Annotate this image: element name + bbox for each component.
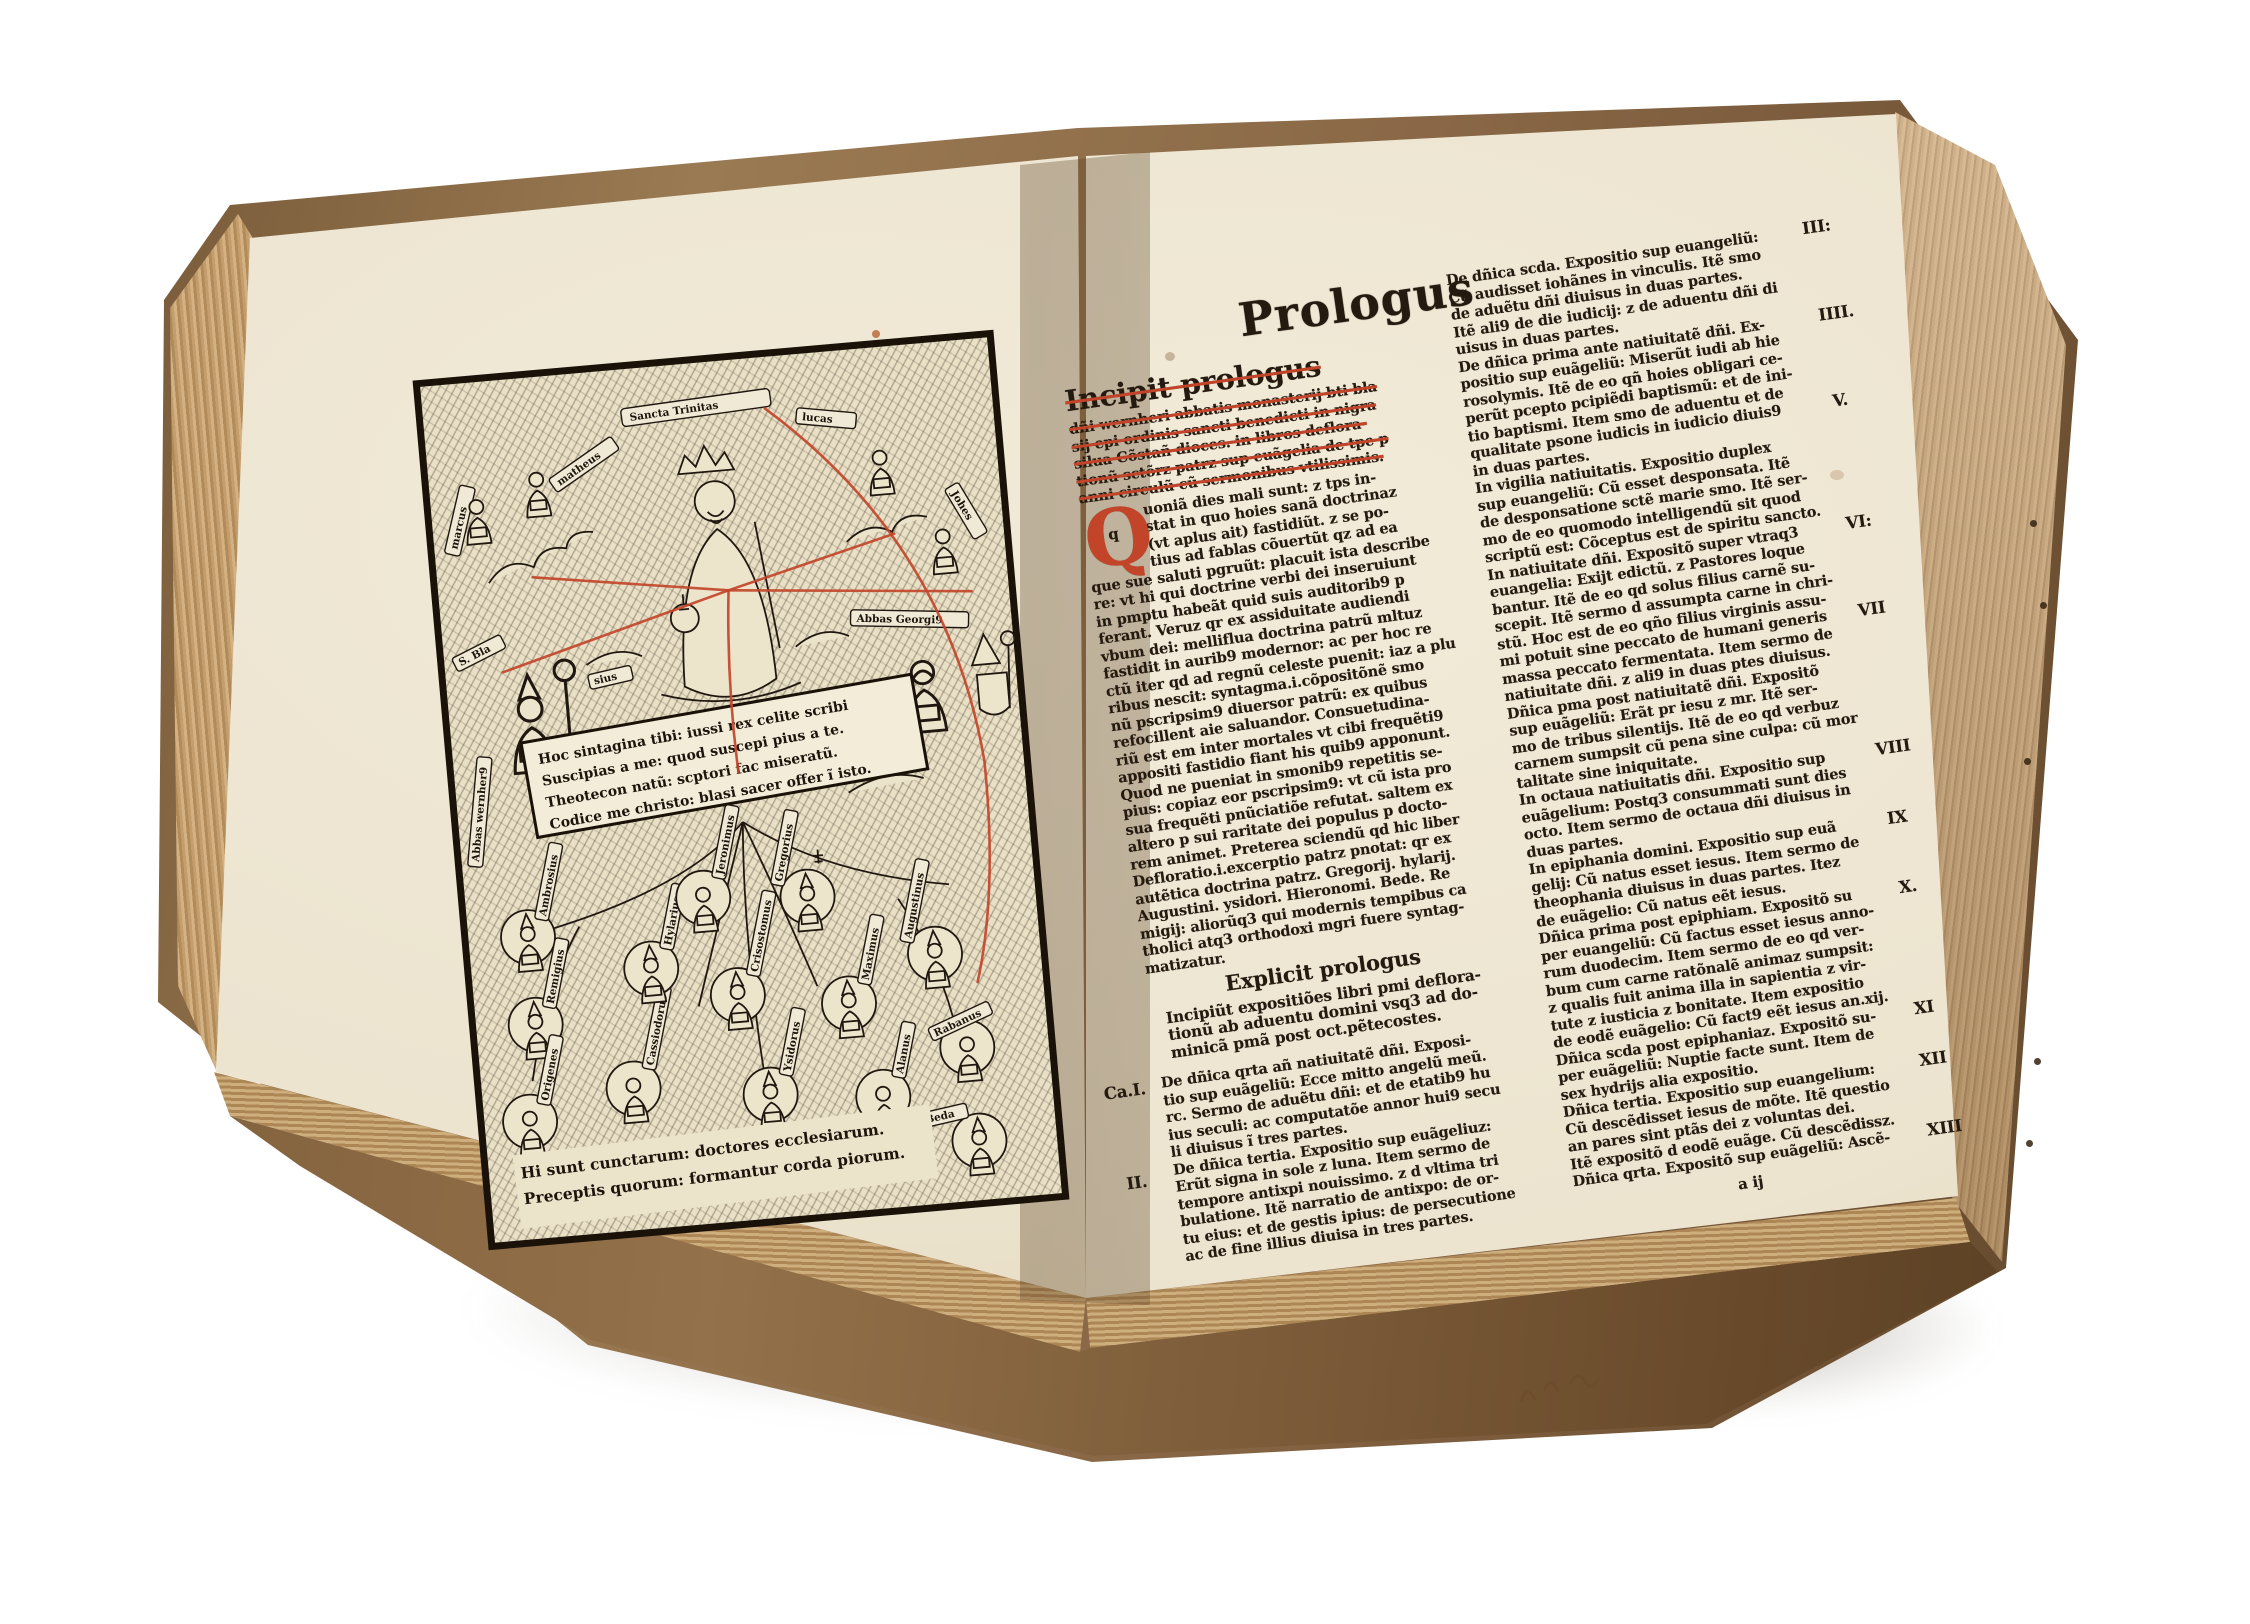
guide-letter: q: [1107, 525, 1120, 544]
margin-numeral-v: V.: [1831, 391, 1849, 410]
wormhole: [2030, 520, 2037, 527]
margin-numeral-viii: VIII: [1874, 736, 1911, 758]
right-column-lines: De dñica scda. Expositio sup euangeliũ:C…: [1445, 223, 1923, 1190]
margin-numeral-x: X.: [1898, 877, 1918, 897]
fore-edge-ink-marks: [1500, 1330, 1760, 1440]
margin-numeral-ii: II.: [1125, 1173, 1148, 1193]
margin-numeral-xii: XII: [1918, 1048, 1948, 1069]
prologue-paragraph: Q q uoniã dies mali sunt: z tps in-stat …: [1080, 461, 1494, 978]
svg-text:Abbas Georgi9: Abbas Georgi9: [855, 613, 942, 627]
woodcut-illustration: marcus matheus Sancta Trinitas lucas Joh…: [411, 328, 1071, 1252]
margin-numeral-vi: VI:: [1845, 512, 1873, 533]
right-page-text: Prologus Incipit prologus dñi wernheri a…: [1049, 218, 1977, 1368]
margin-numeral-ix: IX: [1886, 807, 1908, 827]
wormhole: [2040, 602, 2047, 609]
left-column-entries: De dñica qrta añ natiuitatẽ dñi. Exposi-…: [1160, 1026, 1535, 1266]
lombard-initial: Q q: [1080, 501, 1151, 579]
scroll-abbas-georgius: Abbas Georgi9: [850, 610, 968, 628]
margin-numeral-iii: III:: [1801, 216, 1832, 237]
wormhole: [2034, 1058, 2041, 1065]
margin-numeral-xiii: XIII: [1926, 1117, 1963, 1139]
paragraph-lines: que sue saluti pgruũt: placuit ista desc…: [1090, 530, 1495, 978]
margin-numeral-vii: VII: [1857, 598, 1887, 619]
margin-numeral-xi: XI: [1913, 998, 1935, 1018]
wormhole: [2026, 1140, 2033, 1147]
photo-background: marcus matheus Sancta Trinitas lucas Joh…: [0, 0, 2250, 1624]
foxing-stain: [872, 330, 880, 338]
wormhole: [2024, 758, 2031, 765]
